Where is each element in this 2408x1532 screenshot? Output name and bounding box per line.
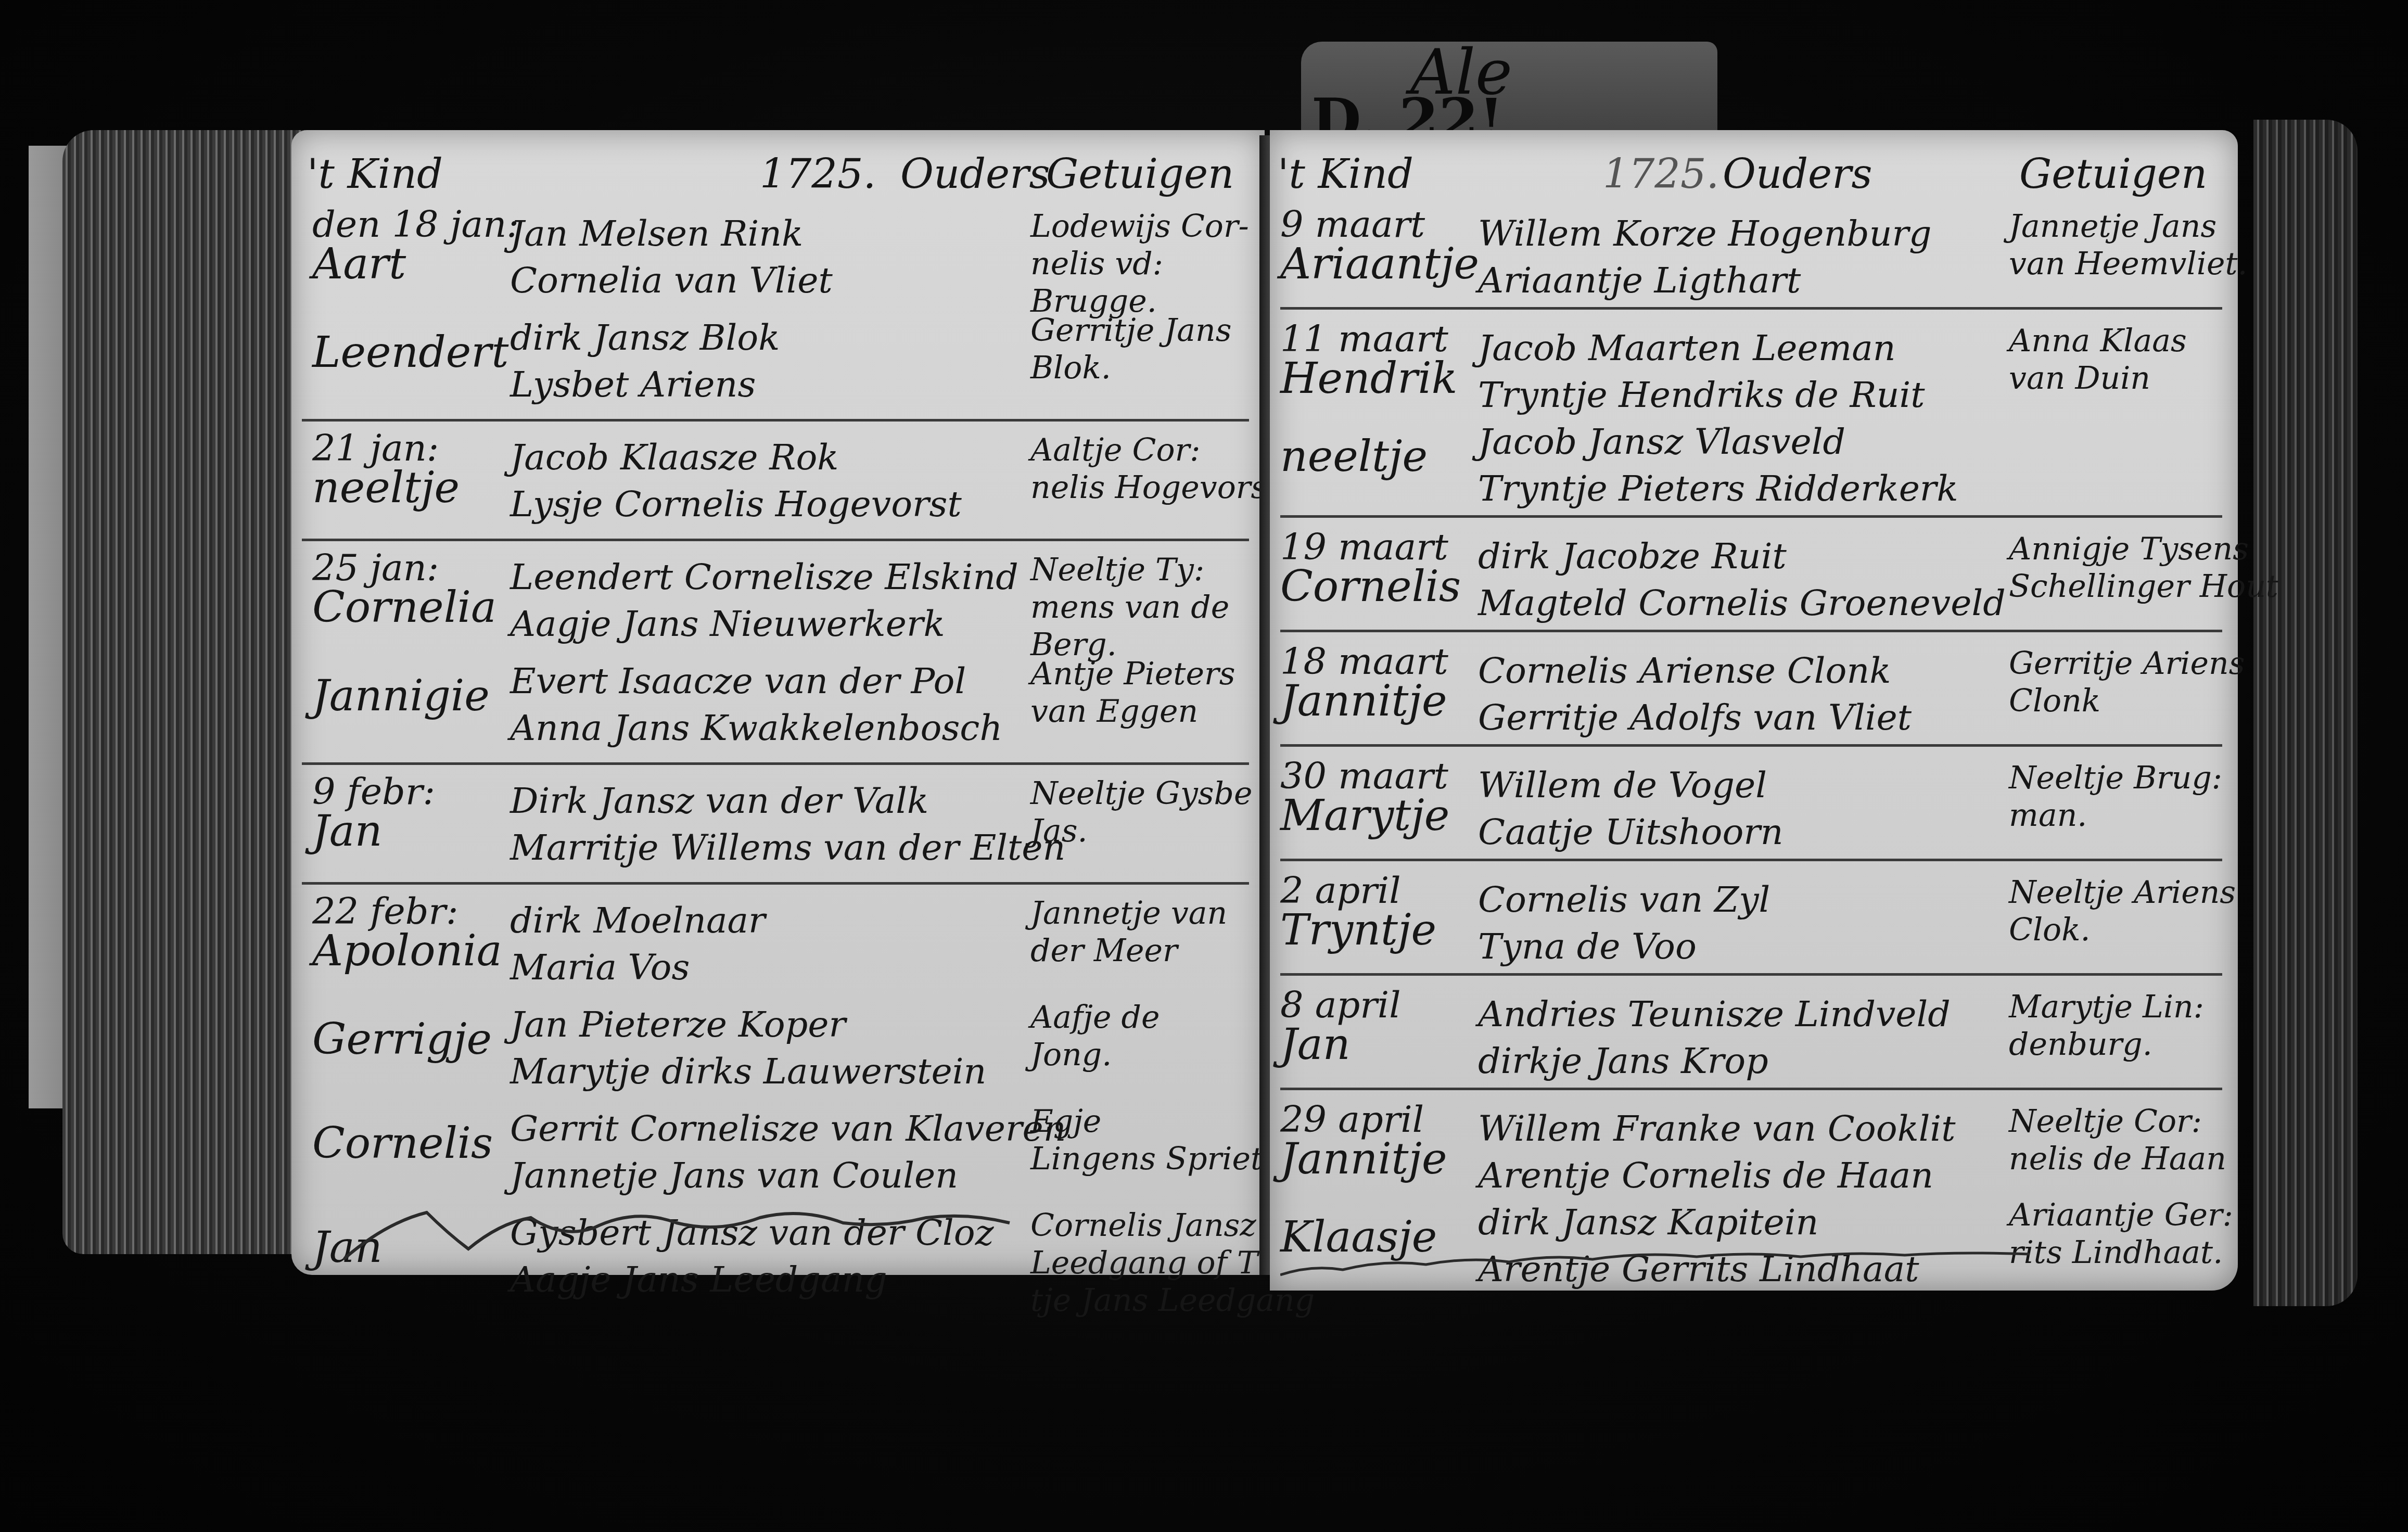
mother-name: Lysje Cornelis Hogevorst xyxy=(510,484,962,525)
father-name: Jacob Klaasze Rok xyxy=(510,437,839,478)
entry-divider xyxy=(1280,859,2222,861)
witness-line: denburg. xyxy=(2009,1026,2152,1063)
entry-divider xyxy=(1280,515,2222,518)
father-name: dirk Jansz Blok xyxy=(510,317,780,359)
header-parents: Ouders xyxy=(900,151,1050,198)
witness-line: nelis vd: xyxy=(1030,246,1163,282)
child-name: Jannigie xyxy=(312,671,490,721)
mother-name: Aagje Jans Nieuwerkerk xyxy=(510,604,945,645)
witness-line: Aaltje Cor: xyxy=(1030,432,1201,468)
entry-divider xyxy=(1280,630,2222,632)
entry-divider xyxy=(302,419,1249,422)
father-name: Jacob Maarten Leeman xyxy=(1478,328,1896,369)
father-name: Cornelis Ariense Clonk xyxy=(1478,650,1891,692)
entry-divider xyxy=(1280,307,2222,310)
father-name: Gerrit Cornelisze van Klaveren xyxy=(510,1108,1066,1150)
header-child: 't Kind xyxy=(307,151,443,198)
entry-divider xyxy=(302,882,1249,885)
witness-line: Gerritje Jans xyxy=(1030,312,1232,349)
mother-name: Tryntje Hendriks de Ruit xyxy=(1478,375,1925,416)
witness-line: van Duin xyxy=(2009,360,2150,397)
right-page: 't Kind 1725. Ouders Getuigen 9 maartAri… xyxy=(1270,130,2238,1291)
witness-line: Jannetje van xyxy=(1030,895,1227,931)
mother-name: Gerritje Adolfs van Vliet xyxy=(1478,697,1912,738)
witness-line: nelis Hogevorst xyxy=(1030,469,1279,506)
witness-line: Anna Klaas xyxy=(2009,323,2187,359)
header-witnesses: Getuigen xyxy=(2019,151,2207,198)
father-name: Dirk Jansz van der Valk xyxy=(510,781,928,822)
child-name: Jannitje xyxy=(1280,676,1447,726)
child-name: neeltje xyxy=(312,463,460,513)
entry-divider xyxy=(302,762,1249,765)
witness-line: Clok. xyxy=(2009,912,2091,948)
entry-divider xyxy=(1280,1088,2222,1090)
child-name: Gerrigje xyxy=(312,1015,492,1064)
witness-line: Neeltje Ariens xyxy=(2009,874,2236,911)
witness-line: Egje xyxy=(1030,1103,1101,1140)
mother-name: Cornelia van Vliet xyxy=(510,260,833,301)
witness-line: man. xyxy=(2009,797,2087,834)
child-name: Ariaantje xyxy=(1280,239,1479,289)
header-year: 1725. xyxy=(1603,151,1719,198)
father-name: Jacob Jansz Vlasveld xyxy=(1478,422,1845,463)
mother-name: Ariaantje Ligthart xyxy=(1478,260,1801,301)
mother-name: Lysbet Ariens xyxy=(510,364,756,405)
entry-divider xyxy=(1280,744,2222,747)
witness-line: Jong. xyxy=(1030,1037,1112,1073)
child-name: Jan xyxy=(312,807,383,856)
witness-line: van Heemvliet. xyxy=(2009,246,2248,282)
witness-line: Marytje Lin: xyxy=(2009,989,2204,1025)
mother-name: Tyna de Voo xyxy=(1478,926,1697,967)
mother-name: dirkje Jans Krop xyxy=(1478,1041,1768,1082)
header-child: 't Kind xyxy=(1278,151,1413,198)
child-name: Tryntje xyxy=(1280,905,1436,955)
mother-name: Jannetje Jans van Coulen xyxy=(510,1155,958,1196)
father-name: dirk Jansz Kapitein xyxy=(1478,1202,1818,1243)
right-page-edges xyxy=(2253,120,2358,1306)
witness-line: Blok. xyxy=(1030,350,1111,386)
witness-line: Neeltje Cor: xyxy=(2009,1103,2202,1140)
witness-line: Schellinger Hout xyxy=(2009,568,2278,605)
header-witnesses: Getuigen xyxy=(1046,151,1234,198)
mother-name: Marytje dirks Lauwerstein xyxy=(510,1051,986,1092)
header-parents: Ouders xyxy=(1723,151,1872,198)
witness-line: nelis de Haan xyxy=(2009,1141,2226,1177)
witness-line: mens van de xyxy=(1030,589,1229,625)
mother-name: Magteld Cornelis Groeneveld xyxy=(1478,583,2006,624)
child-name: Jannitje xyxy=(1280,1134,1447,1184)
witness-line: Gerritje Ariens xyxy=(2009,645,2245,682)
child-name: Aart xyxy=(312,239,406,289)
child-name: Cornelis xyxy=(1280,562,1461,611)
mother-name: Tryntje Pieters Ridderkerk xyxy=(1478,468,1958,509)
child-name: Jan xyxy=(1280,1020,1350,1069)
father-name: Andries Teunisze Lindveld xyxy=(1478,994,1951,1035)
father-name: Willem de Vogel xyxy=(1478,765,1767,806)
child-name: Hendrik xyxy=(1280,354,1457,403)
witness-line: der Meer xyxy=(1030,933,1178,969)
child-name: Cornelis xyxy=(312,1119,493,1168)
entry-divider xyxy=(302,539,1249,541)
child-name: Leendert xyxy=(312,328,509,377)
mother-name: Maria Vos xyxy=(510,947,690,988)
witness-line: Annigje Tysens xyxy=(2009,531,2249,567)
child-name: Apolonia xyxy=(312,926,502,976)
left-page: 't Kind 1725. Ouders Getuigen den 18 jan… xyxy=(291,130,1265,1275)
child-name: Cornelia xyxy=(312,583,496,632)
father-name: Leendert Cornelisze Elskind xyxy=(510,557,1018,598)
closing-flourish xyxy=(1280,1249,2035,1280)
witness-line: Neeltje Ty: xyxy=(1030,552,1204,588)
witness-line: Aafje de xyxy=(1030,999,1160,1036)
father-name: Cornelis van Zyl xyxy=(1478,879,1770,921)
witness-line: Jas. xyxy=(1030,813,1088,849)
witness-line: Cornelis Jansz xyxy=(1030,1207,1256,1244)
witness-line: Lodewijs Cor- xyxy=(1030,208,1249,245)
mother-name: Marritje Willems van der Elten xyxy=(510,827,1065,869)
father-name: dirk Moelnaar xyxy=(510,900,766,941)
child-name: Marytje xyxy=(1280,791,1449,840)
father-name: dirk Jacobze Ruit xyxy=(1478,536,1787,577)
entry-divider xyxy=(1280,973,2222,976)
witness-line: Neeltje Gysbe xyxy=(1030,775,1253,812)
witness-line: rits Lindhaat. xyxy=(2009,1234,2223,1271)
mother-name: Anna Jans Kwakkelenbosch xyxy=(510,708,1002,749)
witness-line: van Eggen xyxy=(1030,693,1198,730)
father-name: Jan Pieterze Koper xyxy=(510,1004,846,1045)
witness-line: Antje Pieters xyxy=(1030,656,1235,692)
witness-line: Neeltje Brug: xyxy=(2009,760,2222,796)
mother-name: Aagje Jans Leedgang xyxy=(510,1259,887,1300)
mother-name: Caatje Uitshoorn xyxy=(1478,812,1783,853)
closing-flourish xyxy=(343,1202,1020,1265)
witness-line: Jannetje Jans xyxy=(2009,208,2216,245)
witness-line: Clonk xyxy=(2009,683,2100,719)
witness-line: Lingens Spriet xyxy=(1030,1141,1263,1177)
father-name: Willem Korze Hogenburg xyxy=(1478,213,1932,254)
mother-name: Arentje Cornelis de Haan xyxy=(1478,1155,1933,1196)
father-name: Jan Melsen Rink xyxy=(510,213,803,254)
header-year: 1725. xyxy=(760,151,876,198)
witness-line: Ariaantje Ger: xyxy=(2009,1197,2233,1233)
father-name: Willem Franke van Cooklit xyxy=(1478,1108,1956,1150)
child-name: neeltje xyxy=(1280,432,1428,481)
father-name: Evert Isaacze van der Pol xyxy=(510,661,966,702)
